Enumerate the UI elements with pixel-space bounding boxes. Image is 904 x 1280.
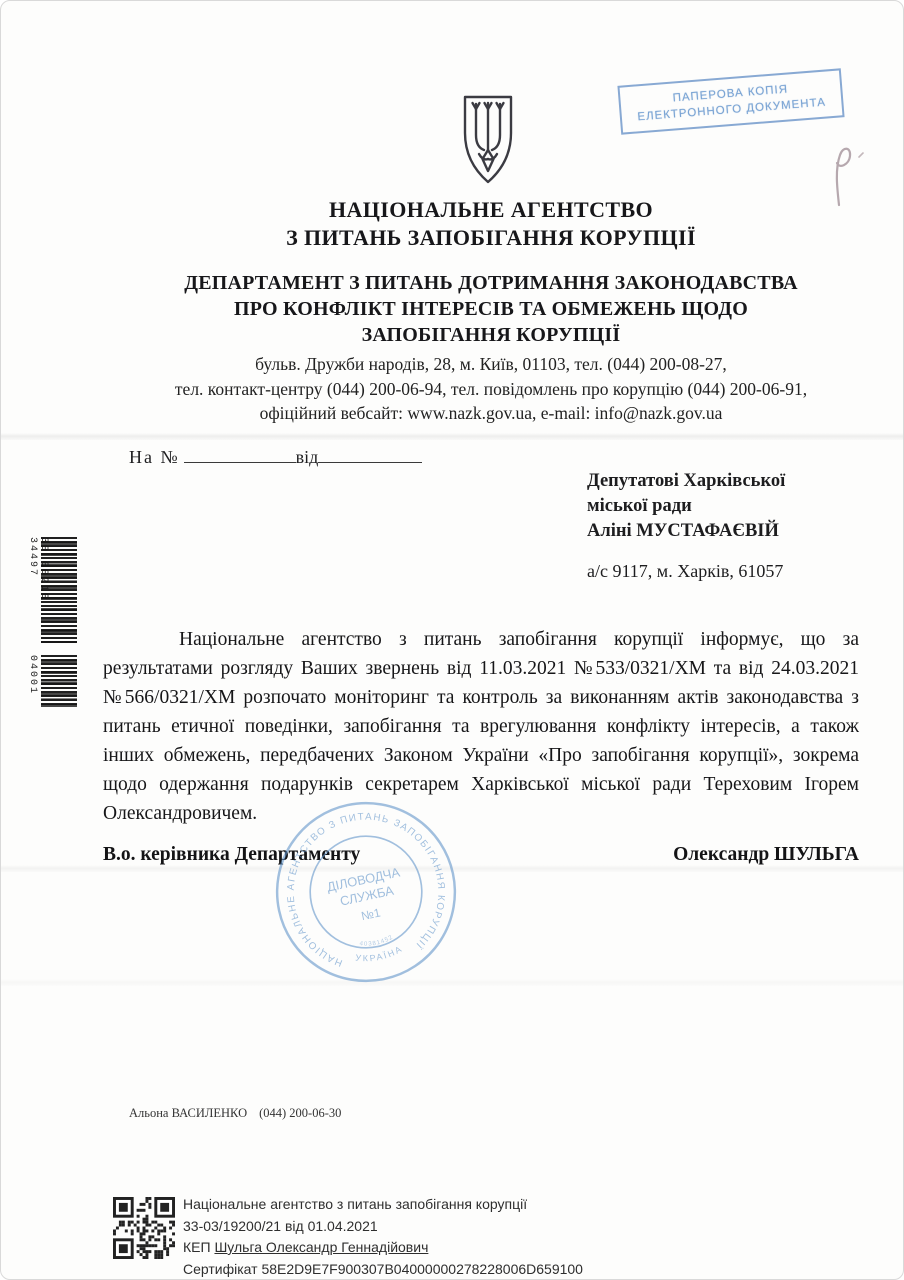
reference-date-blank bbox=[318, 447, 422, 463]
esign-number-date: 33-03/19200/21 від 01.04.2021 bbox=[183, 1216, 583, 1238]
reference-vid-label: від bbox=[296, 447, 319, 467]
recipient-block: Депутатові Харківської міської ради Алін… bbox=[587, 469, 785, 544]
department-name: ДЕПАРТАМЕНТ З ПИТАНЬ ДОТРИМАННЯ ЗАКОНОДА… bbox=[67, 270, 904, 348]
contact-address-line: бульв. Дружби народів, 28, м. Київ, 0110… bbox=[67, 352, 904, 377]
registration-barcode-addon-digits: 04001 bbox=[27, 655, 38, 707]
recipient-line2: міської ради bbox=[587, 494, 785, 519]
department-name-line2: ПРО КОНФЛІКТ ІНТЕРЕСІВ ТА ОБМЕЖЕНЬ ЩОДО bbox=[67, 296, 904, 322]
registration-barcode-main: 30 00210 34497 bbox=[15, 537, 73, 643]
agency-name-line2: З ПИТАНЬ ЗАПОБІГАННЯ КОРУПЦІЇ bbox=[67, 224, 904, 252]
letter-body: Національне агентство з питань запобіган… bbox=[103, 625, 859, 828]
esign-kep-line: КЕП Шульга Олександр Геннадійович bbox=[183, 1237, 583, 1259]
signature-row: В.о. керівника Департаменту Олександр ШУ… bbox=[103, 844, 859, 866]
esign-org: Національне агентство з питань запобіган… bbox=[183, 1194, 583, 1216]
contact-web-line: офіційний вебсайт: www.nazk.gov.ua, e-ma… bbox=[67, 401, 904, 426]
signer-name: Олександр ШУЛЬГА bbox=[673, 844, 859, 866]
executor-phone: (044) 200-06-30 bbox=[259, 1106, 341, 1120]
qr-code bbox=[113, 1197, 175, 1259]
registration-barcode-addon: 04001 bbox=[15, 655, 73, 707]
scan-fold-artifact bbox=[1, 979, 903, 986]
esign-certificate-label: Сертифікат bbox=[183, 1261, 261, 1277]
esign-kep-name: Шульга Олександр Геннадійович bbox=[214, 1239, 428, 1255]
barcode-bars bbox=[41, 537, 77, 643]
round-stamp-center-line3: №1 bbox=[360, 905, 382, 923]
reference-number-blank bbox=[184, 447, 296, 463]
official-round-stamp: НАЦІОНАЛЬНЕ АГЕНТСТВО З ПИТАНЬ ЗАПОБІГАН… bbox=[256, 782, 477, 1003]
esignature-block: Національне агентство з питань запобіган… bbox=[183, 1194, 583, 1280]
department-name-line3: ЗАПОБІГАННЯ КОРУПЦІЇ bbox=[67, 322, 904, 348]
contact-info: бульв. Дружби народів, 28, м. Київ, 0110… bbox=[67, 352, 904, 426]
contact-phones-line: тел. контакт-центру (044) 200-06-94, тел… bbox=[67, 377, 904, 402]
recipient-line1: Депутатові Харківської bbox=[587, 469, 785, 494]
recipient-address: а/с 9117, м. Харків, 61057 bbox=[587, 561, 783, 582]
department-name-line1: ДЕПАРТАМЕНТ З ПИТАНЬ ДОТРИМАННЯ ЗАКОНОДА… bbox=[67, 270, 904, 296]
esign-kep-label: КЕП bbox=[183, 1239, 214, 1255]
document-page: ПАПЕРОВА КОПІЯ ЕЛЕКТРОННОГО ДОКУМЕНТА НА… bbox=[0, 0, 904, 1280]
reference-number-line: На №від bbox=[129, 447, 422, 468]
coat-of-arms-emblem-icon bbox=[460, 94, 516, 186]
scan-fold-artifact bbox=[1, 433, 903, 440]
barcode-bars bbox=[41, 655, 77, 707]
agency-name: НАЦІОНАЛЬНЕ АГЕНТСТВО З ПИТАНЬ ЗАПОБІГАН… bbox=[67, 196, 904, 252]
agency-name-line1: НАЦІОНАЛЬНЕ АГЕНТСТВО bbox=[67, 196, 904, 224]
paper-copy-stamp: ПАПЕРОВА КОПІЯ ЕЛЕКТРОННОГО ДОКУМЕНТА bbox=[617, 68, 844, 134]
executor-name: Альона ВАСИЛЕНКО bbox=[129, 1106, 247, 1120]
executor-contact: Альона ВАСИЛЕНКО(044) 200-06-30 bbox=[129, 1106, 341, 1121]
esign-certificate-line: Сертифікат 58E2D9E7F900307B0400000027822… bbox=[183, 1259, 583, 1280]
reference-na-label: На № bbox=[129, 447, 180, 467]
esign-certificate-value: 58E2D9E7F900307B04000000278228006D659100 bbox=[261, 1261, 583, 1277]
recipient-line3: Аліні МУСТАФАЄВІЙ bbox=[587, 519, 785, 544]
